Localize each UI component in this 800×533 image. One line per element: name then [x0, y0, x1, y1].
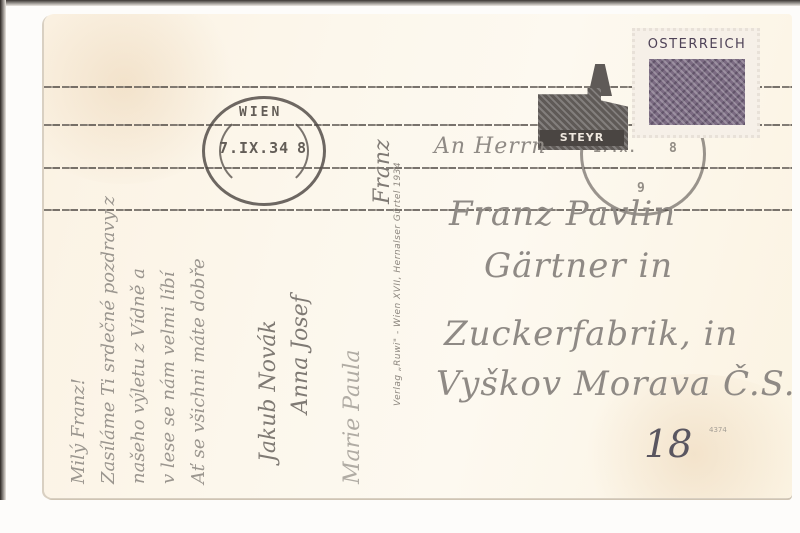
- postmark-date: 7.IX.34: [219, 139, 289, 157]
- stamp-steyr: STEYR: [536, 64, 632, 156]
- signature-2: Anna Josef: [288, 295, 313, 414]
- message-line: Zasíláme Ti srdečné pozdravy z: [94, 196, 124, 484]
- stamp-osterreich: OSTERREICH: [632, 28, 760, 138]
- message-line: Milý Franz!: [64, 196, 94, 484]
- postmark-wien: WIEN 7.IX.34 8: [202, 96, 326, 206]
- scan-background: [0, 500, 800, 533]
- address-name: Franz Pavlin: [449, 194, 676, 234]
- stamp-country-label: OSTERREICH: [641, 37, 753, 52]
- signature-3: Marie Paula: [340, 350, 365, 484]
- postcard: WIEN 7.IX.34 8 17.X. 8 9 OSTERREICH STEY…: [44, 14, 792, 498]
- print-code: 4374: [709, 426, 727, 434]
- message-line: našeho výletu z Vídně a: [124, 196, 154, 484]
- scan-edge-top: [0, 0, 800, 6]
- signature-4: Franz: [370, 139, 395, 204]
- message-line: v lese se nám velmi líbí: [154, 196, 184, 484]
- stamp-town-label: STEYR: [540, 130, 624, 146]
- address-salutation: An Herrn: [434, 134, 546, 159]
- signature-1: Jakub Novák: [256, 320, 281, 462]
- postmark-time: 8: [297, 139, 307, 157]
- scan-edge-left: [0, 0, 6, 533]
- message-line: Ať se všichni máte dobře: [184, 196, 214, 484]
- address-place: Zuckerfabrik, in: [444, 314, 738, 354]
- stamp-landscape-image: [649, 59, 745, 125]
- address-occupation: Gärtner in: [484, 246, 673, 286]
- postmark-city: WIEN: [239, 105, 282, 120]
- postmark-secondary-time: 8: [669, 141, 678, 156]
- handwritten-number: 18: [644, 422, 692, 466]
- address-town: Vyškov Morava Č.S.R.: [436, 364, 792, 404]
- message-block: Milý Franz! Zasíláme Ti srdečné pozdravy…: [64, 196, 214, 484]
